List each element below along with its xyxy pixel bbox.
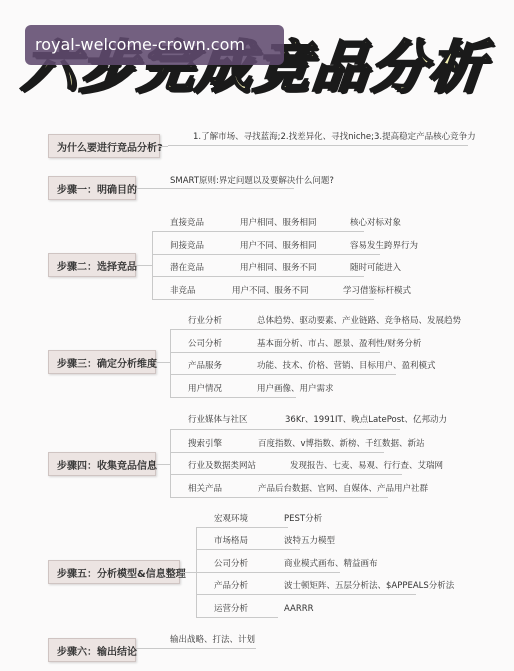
competitor-condition: 用户不同、服务相同	[240, 240, 317, 252]
connector	[180, 572, 196, 573]
row-line	[170, 497, 388, 498]
bracket	[170, 429, 171, 497]
why-detail: 1.了解市场、寻找蓝海;2.找差异化、寻找niche;3.提高稳定产品核心竞争力	[193, 131, 476, 143]
row-line	[196, 572, 340, 573]
underline	[136, 648, 256, 649]
row-line	[152, 231, 364, 232]
model-name: AARRR	[284, 603, 314, 615]
source-label: 相关产品	[188, 483, 222, 495]
underline	[168, 145, 468, 146]
node-step4: 步骤四：收集竞品信息	[48, 452, 156, 476]
source-detail: 发现报告、七麦、易观、行行查、艾瑞网	[290, 460, 443, 472]
row-line	[152, 299, 374, 300]
row-line	[170, 329, 420, 330]
dimension-label: 公司分析	[188, 338, 222, 350]
competitor-type: 非竞品	[170, 285, 196, 297]
model-name: 波士顿矩阵、五层分析法、$APPEALS分析法	[284, 580, 454, 592]
row-line	[196, 549, 300, 550]
competitor-condition: 用户相同、服务不同	[240, 262, 317, 274]
node-step6: 步骤六：输出结论	[48, 638, 136, 662]
model-area: 公司分析	[214, 558, 248, 570]
competitor-type: 直接竞品	[170, 217, 204, 229]
row-line	[170, 429, 400, 430]
model-name: PEST分析	[284, 513, 322, 525]
source-label: 搜索引擎	[188, 438, 222, 450]
dimension-label: 产品服务	[188, 360, 222, 372]
dimension-detail: 基本面分析、市占、愿景、盈利性/财务分析	[257, 338, 421, 350]
dimension-label: 用户情况	[188, 383, 222, 395]
competitor-type: 潜在竞品	[170, 262, 204, 274]
connector	[136, 265, 152, 266]
connector	[156, 362, 170, 363]
dimension-label: 行业分析	[188, 315, 222, 327]
connector	[160, 146, 168, 147]
row-line	[170, 452, 384, 453]
dimension-detail: 功能、技术、价格、营销、目标用户、盈利模式	[257, 360, 436, 372]
row-line	[170, 474, 402, 475]
dimension-detail: 总体趋势、驱动要素、产业链路、竞争格局、发展趋势	[257, 315, 461, 327]
competitor-note: 随时可能进入	[350, 262, 401, 274]
model-area: 产品分析	[214, 580, 248, 592]
node-step1: 步骤一：明确目的	[48, 176, 136, 200]
row-line	[170, 374, 396, 375]
source-detail: 产品后台数据、官网、自媒体、产品用户社群	[258, 483, 428, 495]
bracket	[170, 329, 171, 397]
step1-detail: SMART原则:界定问题以及要解决什么问题?	[170, 175, 334, 187]
model-name: 商业模式画布、精益画布	[284, 558, 378, 570]
node-why: 为什么要进行竞品分析?	[48, 134, 160, 158]
model-area: 宏观环境	[214, 513, 248, 525]
node-step5: 步骤五：分析模型&信息整理	[48, 560, 180, 584]
underline	[136, 188, 294, 189]
source-label: 行业媒体与社区	[188, 414, 248, 426]
competitor-note: 容易发生跨界行为	[350, 240, 418, 252]
competitor-condition: 用户不同、服务不同	[232, 285, 309, 297]
model-name: 波特五力模型	[284, 535, 335, 547]
row-line	[152, 276, 364, 277]
node-step3: 步骤三：确定分析维度	[48, 350, 156, 374]
model-area: 市场格局	[214, 535, 248, 547]
step6-detail: 输出战略、打法、计划	[170, 634, 255, 646]
node-step2: 步骤二：选择竞品	[48, 253, 136, 277]
model-area: 运营分析	[214, 603, 248, 615]
source-detail: 百度指数、v博指数、新榜、千红数据、新站	[258, 438, 425, 450]
competitor-type: 间接竞品	[170, 240, 204, 252]
dimension-detail: 用户画像、用户需求	[257, 383, 334, 395]
bracket	[152, 231, 153, 299]
competitor-note: 学习借鉴标杆模式	[343, 285, 411, 297]
watermark-url: royal-welcome-crown.com	[25, 25, 284, 65]
row-line	[196, 617, 278, 618]
row-line	[196, 594, 416, 595]
row-line	[170, 397, 296, 398]
row-line	[196, 527, 288, 528]
row-line	[170, 352, 380, 353]
source-detail: 36Kr、1991IT、晚点LatePost、亿邦动力	[285, 414, 447, 426]
connector	[156, 464, 170, 465]
row-line	[152, 254, 380, 255]
competitor-note: 核心对标对象	[350, 217, 401, 229]
competitor-condition: 用户相同、服务相同	[240, 217, 317, 229]
source-label: 行业及数据类网站	[188, 460, 256, 472]
